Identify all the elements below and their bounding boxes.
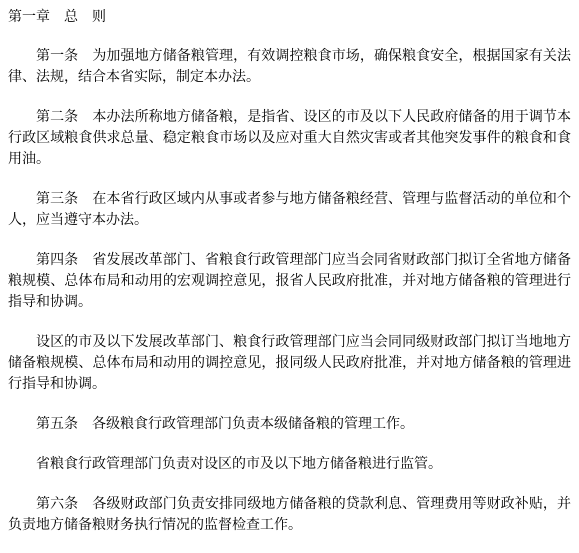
- document-page: 第一章 总 则 第一条 为加强地方储备粮管理，有效调控粮食市场，确保粮食安全，根…: [0, 0, 579, 553]
- paragraph-article-5: 第五条 各级粮食行政管理部门负责本级储备粮的管理工作。: [8, 414, 571, 435]
- paragraph-article-3: 第三条 在本省行政区域内从事或者参与地方储备粮经营、管理与监督活动的单位和个人，…: [8, 189, 571, 231]
- paragraph-article-4-continued: 设区的市及以下发展改革部门、粮食行政管理部门应当会同同级财政部门拟订当地地方储备…: [8, 332, 571, 395]
- paragraph-article-4: 第四条 省发展改革部门、省粮食行政管理部门应当会同省财政部门拟订全省地方储备粮规…: [8, 250, 571, 313]
- chapter-heading: 第一章 总 则: [8, 7, 571, 28]
- paragraph-article-6: 第六条 各级财政部门负责安排同级地方储备粮的贷款利息、管理费用等财政补贴，并负责…: [8, 494, 571, 536]
- paragraph-article-1: 第一条 为加强地方储备粮管理，有效调控粮食市场，确保粮食安全，根据国家有关法律、…: [8, 46, 571, 88]
- paragraph-article-2: 第二条 本办法所称地方储备粮，是指省、设区的市及以下人民政府储备的用于调节本行政…: [8, 107, 571, 170]
- paragraph-article-5-continued: 省粮食行政管理部门负责对设区的市及以下地方储备粮进行监管。: [8, 454, 571, 475]
